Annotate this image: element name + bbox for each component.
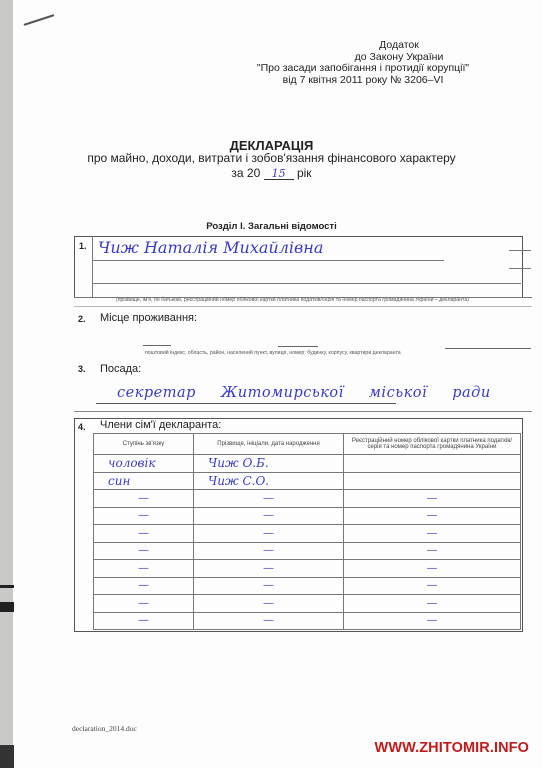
- tax-id-cell: —: [344, 507, 521, 525]
- relation-cell: —: [94, 525, 194, 543]
- name-cell: —: [194, 542, 344, 560]
- table-row: ———: [94, 612, 521, 630]
- appendix-note: Додаток до Закону України "Про засади за…: [243, 40, 483, 86]
- position-label: Посада:: [100, 363, 141, 375]
- declaration-year: за 20 15 рік: [0, 166, 543, 180]
- relation-cell: —: [94, 612, 194, 630]
- scan-edge: [0, 0, 13, 768]
- tax-id-cell: [344, 472, 521, 490]
- year-suffix: рік: [297, 166, 312, 180]
- tax-id-cell: —: [344, 577, 521, 595]
- item1-hint: (прізвище, ім'я, по батькові, реєстрацій…: [116, 297, 469, 303]
- appendix-line-1: Додаток: [279, 40, 519, 52]
- table-row: ———: [94, 525, 521, 543]
- divider: [509, 268, 531, 269]
- relation-cell: —: [94, 507, 194, 525]
- table-row: синЧиж С.О.: [94, 472, 521, 490]
- table-row: ———: [94, 560, 521, 578]
- name-cell: Чиж С.О.: [194, 472, 344, 490]
- position-value: секретар Житомирської міської ради: [117, 385, 491, 401]
- name-cell: —: [194, 490, 344, 508]
- year-value: 15: [264, 168, 294, 180]
- appendix-line-2: до Закону України: [279, 52, 519, 64]
- item-number-4: 4.: [78, 422, 86, 432]
- divider: [92, 236, 93, 297]
- tax-id-cell: [344, 455, 521, 473]
- scan-mark: [0, 602, 14, 612]
- table-row: ———: [94, 507, 521, 525]
- table-header-row: Ступінь зв'язку Прізвище, ініціали, дата…: [94, 434, 521, 455]
- name-cell: Чиж О.Б.: [194, 455, 344, 473]
- name-cell: —: [194, 525, 344, 543]
- column-header: Реєстраційний номер облікової картки пла…: [344, 434, 521, 455]
- divider: [92, 283, 521, 284]
- divider: [445, 348, 531, 349]
- column-header: Прізвище, ініціали, дата народження: [194, 434, 344, 455]
- tax-id-cell: —: [344, 490, 521, 508]
- divider: [509, 250, 531, 251]
- declarant-name: Чиж Наталія Михайлівна: [98, 238, 323, 257]
- name-cell: —: [194, 560, 344, 578]
- section-title: Розділ І. Загальні відомості: [0, 221, 543, 232]
- tax-id-cell: —: [344, 542, 521, 560]
- name-cell: —: [194, 595, 344, 613]
- residence-label: Місце проживання:: [100, 312, 197, 324]
- item-number-3: 3.: [78, 364, 86, 374]
- divider: [74, 411, 532, 412]
- source-filename: declaration_2014.doc: [72, 724, 137, 733]
- divider: [96, 403, 396, 404]
- family-label: Члени сім'ї декларанта:: [100, 419, 221, 431]
- tax-id-cell: —: [344, 595, 521, 613]
- table-row: ———: [94, 595, 521, 613]
- site-watermark: WWW.ZHITOMIR.INFO: [375, 740, 529, 756]
- item2-hint: поштовий індекс, область, район, населен…: [145, 350, 401, 356]
- divider: [74, 306, 532, 307]
- scan-mark: [0, 745, 14, 768]
- tax-id-cell: —: [344, 525, 521, 543]
- relation-cell: —: [94, 577, 194, 595]
- document-subtitle: про майно, доходи, витрати і зобов'язанн…: [0, 151, 543, 165]
- name-cell: —: [194, 577, 344, 595]
- column-header: Ступінь зв'язку: [94, 434, 194, 455]
- name-cell: —: [194, 507, 344, 525]
- table-row: ———: [94, 577, 521, 595]
- appendix-line-3: "Про засади запобігання і протидії коруп…: [243, 63, 483, 75]
- item-number-1: 1.: [79, 241, 87, 251]
- scan-mark: [0, 585, 14, 588]
- family-members-table: Ступінь зв'язку Прізвище, ініціали, дата…: [93, 433, 521, 630]
- relation-cell: —: [94, 542, 194, 560]
- relation-cell: —: [94, 490, 194, 508]
- name-cell: —: [194, 612, 344, 630]
- relation-cell: чоловік: [94, 455, 194, 473]
- divider: [143, 345, 171, 346]
- pen-stroke-mark: [23, 14, 54, 26]
- relation-cell: —: [94, 560, 194, 578]
- table-row: ———: [94, 490, 521, 508]
- divider: [92, 260, 444, 261]
- tax-id-cell: —: [344, 612, 521, 630]
- appendix-line-4: від 7 квітня 2011 року № 3206–VI: [243, 75, 483, 87]
- relation-cell: син: [94, 472, 194, 490]
- relation-cell: —: [94, 595, 194, 613]
- year-prefix: за 20: [231, 166, 260, 180]
- item-number-2: 2.: [78, 314, 86, 324]
- table-row: ———: [94, 542, 521, 560]
- tax-id-cell: —: [344, 560, 521, 578]
- table-row: чоловікЧиж О.Б.: [94, 455, 521, 473]
- divider: [278, 346, 318, 347]
